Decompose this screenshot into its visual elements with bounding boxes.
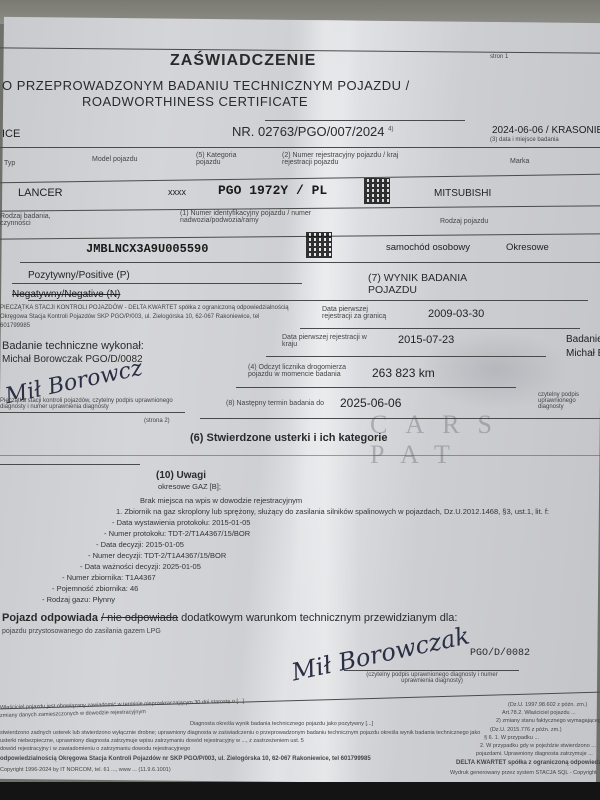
model-value: LANCER — [18, 187, 63, 199]
conformity-continuation: dodatkowym warunkom technicznym przewidz… — [181, 612, 457, 624]
watermark-text: CARS PAT — [370, 410, 600, 470]
number-box-top — [265, 120, 465, 121]
performer-heading: Badanie techniczne wykonał: — [2, 340, 144, 352]
footer-note-3: Diagnosta określa wynik badania technicz… — [190, 721, 373, 727]
row-rule-9 — [200, 418, 600, 419]
inspection-type-value: Okresowe — [506, 242, 549, 253]
result-negative-option: Negatywny/Negative (N) — [12, 289, 120, 300]
number-value: 02763/PGO/007/2024 — [258, 124, 385, 139]
footer-generated: Wydruk generowany przez system STACJA SQ… — [450, 770, 597, 776]
legal-note-3: 2) zmiany stanu faktycznego wymagającego… — [496, 718, 600, 724]
inspection-type-label: Rodzaj badania, czynności — [0, 213, 60, 227]
defects-dotted-rule — [0, 455, 600, 456]
document-title: ZAŚWIADCZENIE — [170, 52, 316, 70]
model-label: Model pojazdu — [92, 156, 138, 163]
row-rule-8 — [236, 387, 516, 388]
number-label: NR — [232, 124, 251, 139]
inspection-date-place: 2024-06-06 / KRASONIE — [492, 125, 600, 136]
make-label: Marka — [510, 158, 529, 165]
legal-note-2: Art.78.2. Właściciel pojazdu ... — [502, 710, 576, 716]
legal-note-4: (Dz.U. 2015.776 z późn. zm.) — [490, 727, 562, 733]
legal-note-5: § 6. 1. W przypadku ... — [484, 735, 539, 741]
next-inspection-value: 2025-06-06 — [340, 396, 401, 410]
defect-item-6: - Data ważności decyzji: 2025-01-05 — [80, 562, 201, 571]
qr-code-icon — [364, 178, 390, 204]
page-indicator: stron 1 — [490, 54, 508, 60]
legal-note-7: pojazdami. Uprawniony diagnosta zatrzymu… — [476, 751, 593, 757]
result-rule-2 — [28, 300, 588, 301]
defect-item-5: - Numer decyzji: TDT-2/T1A4367/15/BOR — [88, 551, 226, 560]
type-label: Typ — [4, 160, 15, 167]
conformity-no-struck: / nie odpowiada — [101, 612, 178, 624]
defect-item-3: - Numer protokołu: TDT-2/T1A4367/15/BOR — [104, 529, 250, 538]
remarks-heading: (10) Uwagi — [156, 470, 206, 481]
odometer-label: (4) Odczyt licznika drogomierza pojazdu … — [248, 364, 358, 378]
station-stamp-text: PIECZĄTKA STACJI KONTROLI POJAZDÓW - DEL… — [0, 304, 290, 331]
footer-company-line: odpowiedzialnością Okręgowa Stacja Kontr… — [0, 756, 371, 762]
defect-item-4: - Data decyzji: 2015-01-05 — [96, 540, 184, 549]
background-surface-bottom — [0, 782, 600, 800]
result-positive-option: Pozytywny/Positive (P) — [28, 270, 130, 281]
diag-number: PGO/D/0082 — [470, 648, 530, 659]
row-rule-5 — [20, 262, 600, 263]
footer-note-4: stwierdzono zadnych usterek lub stwierdz… — [0, 730, 480, 736]
qr-code-vin-icon — [306, 232, 332, 258]
signature-caption: Pieczątka stacji kontroli pojazdów, czyt… — [0, 398, 190, 410]
make-value: MITSUBISHI — [434, 188, 491, 199]
odometer-value: 263 823 km — [372, 366, 435, 380]
conformity-sig-caption: (czytelny podpis uprawnionego diagnosty … — [352, 672, 512, 684]
vin-label: (1) Numer identyfikacyjny pojazdu / nume… — [180, 210, 320, 224]
signature-rule — [0, 412, 185, 413]
vehicle-kind-value: samochód osobowy — [386, 242, 470, 253]
document-subtitle-pl: O PRZEPROWADZONYM BADANIU TECHNICZNYM PO… — [2, 78, 410, 93]
defect-item-7: - Numer zbiornika: T1A4367 — [62, 573, 156, 582]
footer-copyright: Copyright 1996-2024 by IT NORCOM, tel. 6… — [0, 767, 171, 773]
category-value: xxxx — [168, 187, 186, 197]
header-left-label: ICE — [2, 128, 20, 140]
legal-note-1: (Dz.U. 1997.98.602 z późn. zm.) — [508, 702, 587, 708]
vehicle-kind-label: Rodzaj pojazdu — [440, 218, 488, 225]
conformity-sub: pojazdu przystosowanego do zasilania gaz… — [2, 628, 161, 635]
legal-note-6: 2. W przypadku gdy w pojeździe stwierdzo… — [480, 743, 596, 749]
inspection-date-place-label: (3) data i miejsce badania — [490, 137, 559, 143]
footer-note-6: dowód rejestracyjny i w zawiadomieniu o … — [0, 746, 190, 752]
category-label: (5) Kategoria pojazdu — [196, 152, 244, 166]
registration-label: (2) Numer rejestracyjny pojazdu / kraj r… — [282, 152, 402, 166]
conformity-statement: Pojazd odpowiada / nie odpowiada dodatko… — [2, 612, 457, 624]
first-reg-abroad-label: Data pierwszej rejestracji za granicą — [322, 306, 392, 320]
remarks-rule — [0, 464, 140, 465]
diag-right-label: Badanie — [566, 334, 600, 345]
conformity-yes: Pojazd odpowiada — [2, 612, 98, 624]
result-heading: (7) WYNIK BADANIA POJAZDU — [368, 272, 478, 296]
row-rule-1 — [0, 147, 600, 148]
document-subtitle-en: ROADWORTHINESS CERTIFICATE — [82, 94, 308, 109]
remarks-sub: okresowe GAZ [B]; — [158, 482, 221, 491]
first-reg-country-value: 2015-07-23 — [398, 334, 454, 346]
no-space-note: Brak miejsca na wpis w dowodzie rejestra… — [140, 496, 302, 505]
defects-heading: (6) Stwierdzone usterki i ich kategorie — [190, 432, 387, 444]
registration-value: PGO 1972Y / PL — [218, 183, 327, 198]
footer-note-5: usterki niebezpieczne, uprawniony diagno… — [0, 738, 304, 744]
row-rule-6 — [300, 328, 580, 329]
defect-item-9: - Rodzaj gazu: Płynny — [42, 595, 115, 604]
defect-item-2: - Data wystawienia protokołu: 2015-01-05 — [112, 518, 250, 527]
vin-value: JMBLNCX3A9U005590 — [86, 242, 208, 256]
next-inspection-label: (8) Następny termin badania do — [226, 400, 324, 407]
first-reg-abroad-value: 2009-03-30 — [428, 308, 484, 320]
certificate-number: NR. 02763/PGO/007/2024 4) — [232, 124, 393, 139]
number-footnote: 4) — [388, 127, 393, 133]
first-reg-country-label: Data pierwszej rejestracji w kraju — [282, 334, 382, 348]
defect-item-8: - Pojemność zbiornika: 46 — [52, 584, 138, 593]
conformity-sig-rule — [344, 670, 519, 671]
row-rule-7 — [266, 356, 546, 357]
defect-item-1: 1. Zbiornik na gaz skroplony lub sprężon… — [116, 507, 549, 516]
footer-company: DELTA KWARTET spółka z ograniczoną odpow… — [456, 760, 600, 766]
signature-right-caption: czytelny podpis uprawnionego diagnosty — [538, 392, 600, 410]
diag-right-name: Michał B. — [566, 348, 600, 359]
page-note: (strona 2) — [144, 418, 170, 424]
result-rule — [12, 283, 302, 284]
